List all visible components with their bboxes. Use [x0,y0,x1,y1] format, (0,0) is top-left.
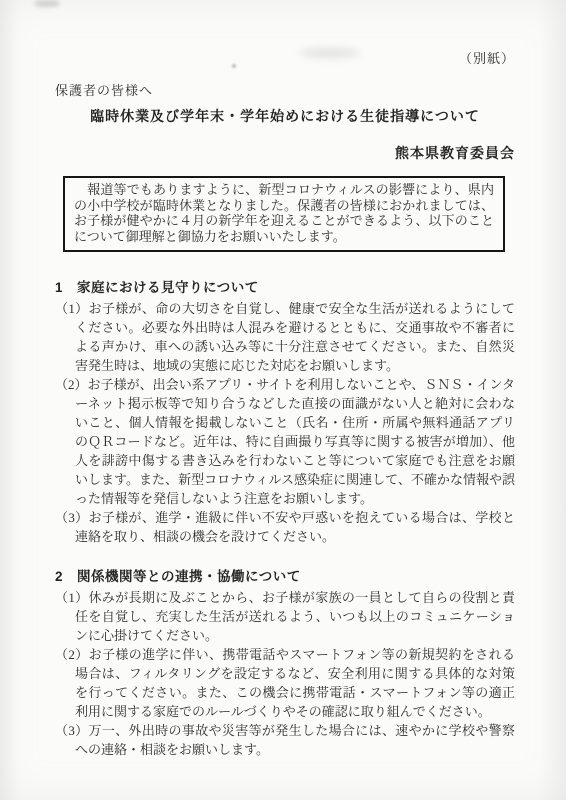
section-2-item-2: （2）お子様の進学に伴い、携帯電話やスマートフォン等の新規契約をされる場合は、フ… [55,645,515,721]
section-1-heading: 1 家庭における見守りについて [55,276,515,296]
section-1-item-1: （1）お子様が、命の大切さを自覚し、健康で安全な生活が送れるようにしてください。… [55,299,515,375]
salutation: 保護者の皆様へ [55,80,515,99]
section-1-item-2: （2）お子様が、出会い系アプリ・サイトを利用しないことや、ＳＮＳ・インターネット… [55,375,515,508]
author-name: 熊本県教育委員会 [55,143,515,163]
notice-text: 報道等でもありますように、新型コロナウィルスの影響により、県内の小中学校が臨時休… [74,182,494,244]
corner-note: （別紙） [55,48,515,67]
document-title: 臨時休業及び学年末・学年始めにおける生徒指導について [55,106,515,126]
section-2-heading: 2 関係機関等との連携・協働について [55,565,515,585]
scanned-document-page: （別紙） 保護者の皆様へ 臨時休業及び学年末・学年始めにおける生徒指導について … [0,0,566,800]
section-2-item-3: （3）万一、外出時の事故や災害等が発生した場合には、速やかに学校や警察への連絡・… [55,721,515,759]
section-1-item-3: （3）お子様が、進学・進級に伴い不安や戸惑いを抱えている場合は、学校と連絡を取り… [55,508,515,546]
document-content: （別紙） 保護者の皆様へ 臨時休業及び学年末・学年始めにおける生徒指導について … [55,0,515,759]
notice-box: 報道等でもありますように、新型コロナウィルスの影響により、県内の小中学校が臨時休… [63,176,505,252]
section-cooperation: 2 関係機関等との連携・協働について （1）休みが長期に及ぶことから、お子様が家… [55,565,515,759]
section-home-watch: 1 家庭における見守りについて （1）お子様が、命の大切さを自覚し、健康で安全な… [55,276,515,546]
section-2-item-1: （1）休みが長期に及ぶことから、お子様が家族の一員として自らの役割と責任を自覚し… [55,588,515,645]
